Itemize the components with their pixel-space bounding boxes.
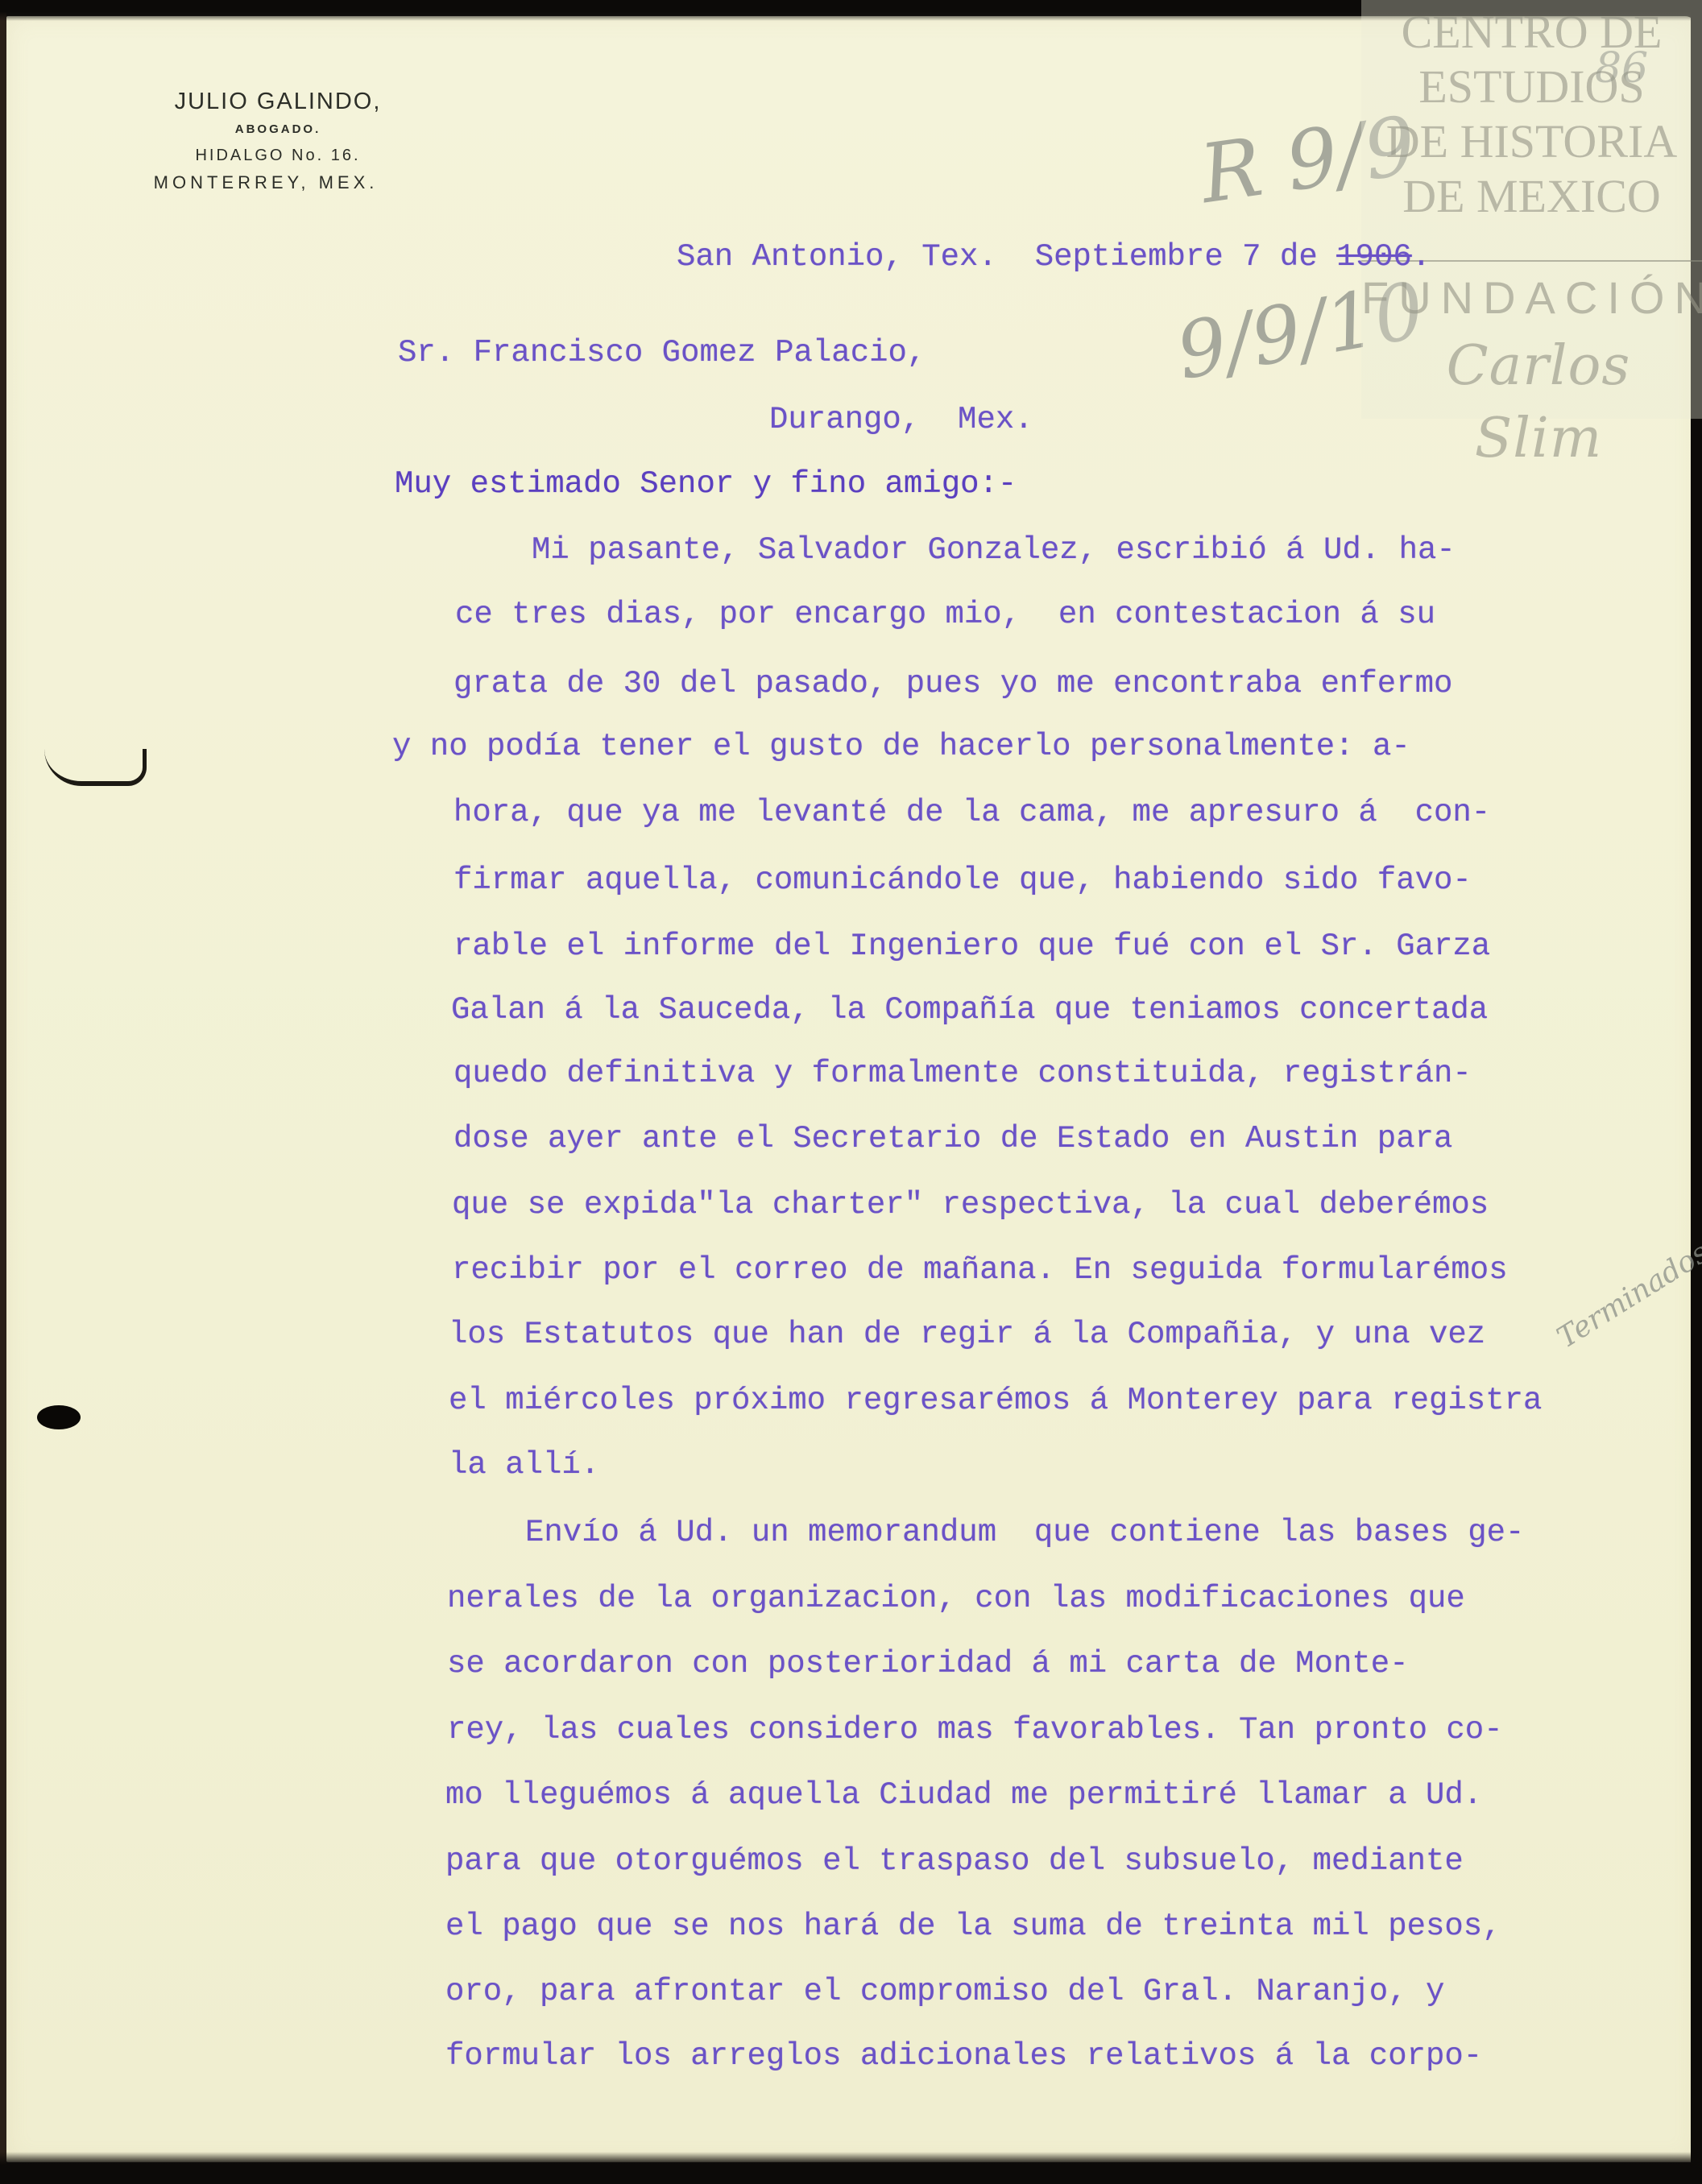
scan-background-left (0, 0, 6, 2184)
body-line: Galan á la Sauceda, la Compañía que teni… (451, 977, 1488, 1043)
body-line: firmar aquella, comunicándole que, habie… (453, 847, 1472, 913)
body-line: Mi pasante, Salvador Gonzalez, escribió … (532, 517, 1456, 583)
body-line: el pago que se nos hará de la suma de tr… (445, 1893, 1501, 1959)
body-line: grata de 30 del pasado, pues yo me encon… (453, 651, 1452, 717)
letterhead-name: JULIO GALINDO, (117, 87, 439, 116)
letterhead-address: HIDALGO No. 16. (117, 143, 439, 168)
watermark-signature: Carlos Slim (1377, 330, 1700, 475)
body-line: que se expida"la charter" respectiva, la… (452, 1172, 1489, 1238)
letterhead-title: ABOGADO. (117, 116, 439, 143)
body-line: y no podía tener el gusto de hacerlo per… (392, 714, 1410, 780)
dateline-place: San Antonio, Tex. (677, 239, 997, 275)
punch-hole (37, 1405, 81, 1429)
dateline-year: 1906 (1336, 239, 1412, 275)
recipient-name: Sr. Francisco Gomez Palacio, (398, 320, 926, 386)
body-line: rey, las cuales considero mas favorables… (447, 1697, 1503, 1763)
body-line: la allí. (449, 1432, 599, 1498)
body-line: dose ayer ante el Secretario de Estado e… (453, 1106, 1452, 1172)
body-line: quedo definitiva y formalmente constitui… (453, 1040, 1472, 1106)
dateline: San Antonio, Tex. Septiembre 7 de 1906. (677, 224, 1431, 290)
body-line: para que otorguémos el traspaso del subs… (445, 1828, 1464, 1894)
body-line: rable el informe del Ingeniero que fué c… (453, 913, 1490, 979)
watermark-line: CENTRO DE (1361, 5, 1702, 60)
body-line: el miércoles próximo regresarémos á Mont… (449, 1367, 1542, 1433)
dateline-period: . (1412, 239, 1431, 275)
body-line: oro, para afrontar el compromiso del Gra… (445, 1959, 1444, 2025)
body-line: recibir por el correo de mañana. En segu… (452, 1237, 1508, 1303)
body-line: nerales de la organizacion, con las modi… (447, 1566, 1465, 1632)
scan-background-bottom (0, 2152, 1702, 2184)
dateline-date: Septiembre 7 de (1035, 239, 1336, 275)
salutation: Muy estimado Senor y fino amigo:- (395, 451, 1017, 517)
body-line: los Estatutos que han de regir á la Comp… (449, 1301, 1485, 1367)
letterhead-city: MONTERREY, MEX. (93, 168, 439, 198)
watermark-line: ESTUDIOS (1361, 60, 1702, 114)
body-line: ce tres dias, por encargo mio, en contes… (455, 581, 1435, 647)
archive-watermark: CENTRO DE ESTUDIOS DE HISTORIA DE MEXICO… (1361, 0, 1702, 419)
letterhead: JULIO GALINDO, ABOGADO. HIDALGO No. 16. … (117, 87, 439, 198)
body-line: formular los arreglos adicionales relati… (445, 2023, 1482, 2089)
watermark-line: DE MEXICO (1361, 169, 1702, 224)
body-line: se acordaron con posterioridad á mi cart… (447, 1631, 1409, 1697)
watermark-line: DE HISTORIA (1361, 114, 1702, 169)
body-line: Envío á Ud. un memorandum que contiene l… (525, 1499, 1524, 1566)
body-line: hora, que ya me levanté de la cama, me a… (453, 780, 1490, 846)
recipient-place: Durango, Mex. (769, 387, 1033, 453)
body-line: mo lleguémos á aquella Ciudad me permiti… (445, 1762, 1482, 1828)
